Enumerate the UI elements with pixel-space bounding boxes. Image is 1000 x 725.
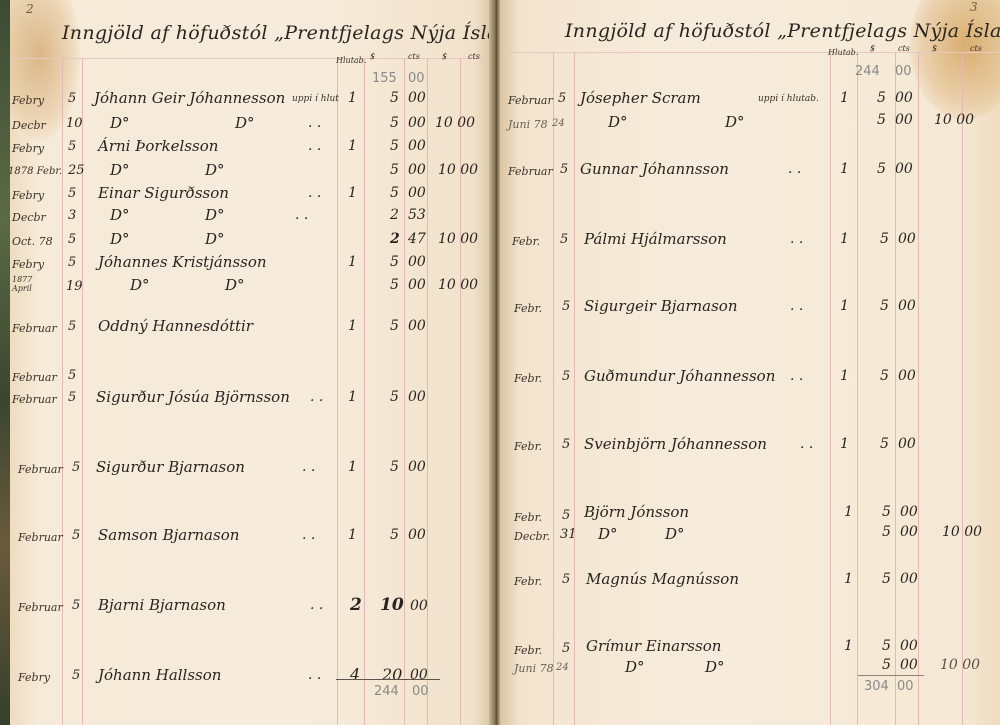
entry-month: Febry bbox=[12, 189, 44, 202]
entry-month: Febr. bbox=[514, 575, 542, 588]
page-total-dollars: 244 bbox=[374, 684, 399, 699]
column-rule bbox=[62, 58, 63, 725]
entry-day: 5 bbox=[68, 255, 76, 270]
entry-dollars: 5 bbox=[390, 459, 399, 475]
entry-dollars: 5 bbox=[882, 571, 891, 587]
carried-forward-cents: 00 bbox=[895, 64, 912, 79]
entry-dollars: 5 bbox=[877, 90, 886, 106]
entry-total: 10 00 bbox=[942, 524, 982, 540]
entry-note: . . bbox=[308, 138, 321, 154]
entry-month: Decbr. bbox=[514, 530, 550, 543]
entry-name: Jóhann Geir Jóhannesson bbox=[94, 89, 285, 107]
entry-total: 10 00 bbox=[438, 231, 478, 247]
entry-day: 5 bbox=[562, 508, 570, 523]
entry-name-ditto: D° bbox=[705, 658, 725, 676]
entry-month: Februar bbox=[12, 371, 57, 384]
entry-total: 10 00 bbox=[435, 115, 475, 131]
entry-name: D° bbox=[110, 206, 130, 224]
entry-cents: 00 bbox=[408, 459, 426, 475]
entry-name: Björn Jónsson bbox=[584, 503, 689, 521]
water-stain bbox=[910, 0, 1000, 120]
entry-day: 5 bbox=[68, 232, 76, 247]
entry-dollars: 5 bbox=[390, 318, 399, 334]
entry-dollars: 5 bbox=[390, 254, 399, 270]
entry-month: Febr. bbox=[514, 511, 542, 524]
sum-underline bbox=[336, 679, 440, 680]
entry-name: D° bbox=[110, 114, 130, 132]
entry-cents: 00 bbox=[898, 436, 916, 452]
column-rule bbox=[460, 58, 461, 725]
entry-dollars: 5 bbox=[390, 138, 399, 154]
entry-name-ditto: D° bbox=[205, 206, 225, 224]
entry-note: . . bbox=[302, 527, 315, 543]
entry-note: . . bbox=[308, 115, 321, 131]
column-header-dollars-total: $ bbox=[442, 52, 447, 61]
column-rule bbox=[574, 52, 575, 725]
entry-note: . . bbox=[790, 368, 803, 384]
entry-cents: 00 bbox=[900, 571, 918, 587]
entry-day: 5 bbox=[68, 186, 76, 201]
entry-shares: 1 bbox=[348, 254, 357, 270]
entry-day: 24 bbox=[556, 662, 569, 673]
column-header-dollars-total: $ bbox=[932, 44, 937, 53]
entry-day: 5 bbox=[68, 390, 76, 405]
entry-cents: 00 bbox=[408, 115, 426, 131]
entry-month: Februar bbox=[508, 165, 553, 178]
entry-dollars: 5 bbox=[390, 389, 399, 405]
entry-month: Juni 78 bbox=[508, 118, 548, 131]
entry-shares: 1 bbox=[840, 298, 849, 314]
entry-total: 10 00 bbox=[934, 112, 974, 128]
entry-month: Febr. bbox=[514, 372, 542, 385]
entry-cents: 00 bbox=[900, 524, 918, 540]
entry-dollars: 5 bbox=[390, 185, 399, 201]
entry-month: Juni 78 bbox=[514, 662, 554, 675]
entry-note: . . bbox=[790, 231, 803, 247]
entry-day: 5 bbox=[562, 437, 570, 452]
column-header-cents-total: cts bbox=[970, 44, 982, 53]
entry-shares: 1 bbox=[348, 90, 357, 106]
entry-month: Febry bbox=[18, 671, 50, 684]
entry-name: Sveinbjörn Jóhannesson bbox=[584, 435, 767, 453]
entry-cents: 00 bbox=[408, 90, 426, 106]
entry-shares: 1 bbox=[840, 90, 849, 106]
entry-month: Februar bbox=[18, 463, 63, 476]
entry-dollars: 5 bbox=[880, 231, 889, 247]
page-total-cents: 00 bbox=[412, 684, 429, 699]
entry-name: D° bbox=[110, 161, 130, 179]
entry-name: D° bbox=[598, 525, 618, 543]
entry-month: 1878 Febr. bbox=[10, 166, 62, 177]
entry-day: 5 bbox=[562, 572, 570, 587]
entry-day: 5 bbox=[68, 319, 76, 334]
entry-cents: 00 bbox=[895, 161, 913, 177]
entry-dollars: 10 bbox=[380, 595, 404, 615]
entry-name: Oddný Hannesdóttir bbox=[98, 317, 253, 335]
entry-month: Febr. bbox=[514, 644, 542, 657]
entry-day: 5 bbox=[558, 91, 566, 106]
entry-cents: 00 bbox=[898, 298, 916, 314]
entry-name-ditto: D° bbox=[235, 114, 255, 132]
entry-cents: 00 bbox=[900, 504, 918, 520]
entry-name: D° bbox=[110, 230, 130, 248]
sum-underline bbox=[858, 675, 924, 676]
entry-cents: 00 bbox=[898, 231, 916, 247]
entry-name: Magnús Magnússon bbox=[586, 570, 739, 588]
column-header-shares: Hlutab. bbox=[828, 48, 858, 57]
entry-day: 5 bbox=[562, 299, 570, 314]
entry-shares: 1 bbox=[844, 638, 853, 654]
entry-name: Samson Bjarnason bbox=[98, 526, 239, 544]
entry-note: uppi í hlut bbox=[292, 94, 339, 104]
column-header-cents-total: cts bbox=[468, 52, 480, 61]
entry-shares: 1 bbox=[840, 231, 849, 247]
entry-cents: 00 bbox=[900, 638, 918, 654]
entry-cents: 00 bbox=[895, 90, 913, 106]
entry-cents: 53 bbox=[408, 207, 426, 223]
entry-dollars: 5 bbox=[880, 368, 889, 384]
entry-dollars: 5 bbox=[390, 277, 399, 293]
page-total-cents: 00 bbox=[897, 679, 914, 694]
entry-day: 5 bbox=[72, 598, 80, 613]
entry-note: . . bbox=[310, 597, 323, 613]
entry-name: Jóhann Hallsson bbox=[98, 666, 221, 684]
entry-month: Febr. bbox=[514, 302, 542, 315]
entry-month: Februar bbox=[12, 393, 57, 406]
entry-month: Februar bbox=[508, 94, 553, 107]
entry-shares: 1 bbox=[348, 185, 357, 201]
entry-note: . . bbox=[295, 207, 308, 223]
entry-cents: 00 bbox=[410, 667, 428, 683]
entry-day: 5 bbox=[68, 368, 76, 383]
header-rule bbox=[500, 52, 1000, 53]
entry-shares: 4 bbox=[350, 665, 360, 684]
left-page: 2 Inngjöld af höfuðstól „Prentfjelags Ný… bbox=[10, 0, 492, 725]
entry-shares: 1 bbox=[840, 161, 849, 177]
entry-day: 5 bbox=[68, 139, 76, 154]
entry-dollars: 20 bbox=[382, 665, 402, 684]
entry-month: Decbr bbox=[12, 119, 46, 132]
entry-dollars: 5 bbox=[877, 161, 886, 177]
entry-name: Grímur Einarsson bbox=[586, 637, 721, 655]
entry-day: 5 bbox=[72, 460, 80, 475]
column-rule bbox=[82, 58, 83, 725]
carried-forward-cents: 00 bbox=[408, 71, 425, 86]
entry-shares: 1 bbox=[840, 436, 849, 452]
entry-month: Febr. bbox=[512, 235, 540, 248]
entry-dollars: 5 bbox=[882, 504, 891, 520]
entry-note: . . bbox=[310, 389, 323, 405]
entry-name: Sigurður Bjarnason bbox=[96, 458, 245, 476]
entry-note: . . bbox=[800, 436, 813, 452]
carried-forward-dollars: 244 bbox=[855, 64, 880, 79]
entry-note: . . bbox=[308, 185, 321, 201]
entry-cents: 00 bbox=[408, 162, 426, 178]
entry-cents: 00 bbox=[408, 389, 426, 405]
entry-month: Februar bbox=[18, 601, 63, 614]
column-rule bbox=[427, 58, 428, 725]
entry-note: . . bbox=[308, 667, 321, 683]
entry-month: Febry bbox=[12, 142, 44, 155]
entry-name: Guðmundur Jóhannesson bbox=[584, 367, 775, 385]
entry-month: Febry bbox=[12, 258, 44, 271]
entry-name-ditto: D° bbox=[665, 525, 685, 543]
entry-name: Bjarni Bjarnason bbox=[98, 596, 226, 614]
column-rule bbox=[553, 52, 554, 725]
entry-note: . . bbox=[788, 161, 801, 177]
entry-month: Febry bbox=[12, 94, 44, 107]
entry-name-ditto: D° bbox=[225, 276, 245, 294]
entry-note: uppi í hlutab. bbox=[758, 94, 819, 104]
entry-cents: 00 bbox=[408, 254, 426, 270]
entry-day: 10 bbox=[66, 116, 83, 131]
entry-day: 5 bbox=[562, 641, 570, 656]
entry-day: 19 bbox=[66, 279, 83, 294]
entry-name: Pálmi Hjálmarsson bbox=[584, 230, 727, 248]
entry-day: 25 bbox=[68, 163, 85, 178]
entry-dollars: 5 bbox=[882, 524, 891, 540]
entry-month: Oct. 78 bbox=[12, 235, 53, 248]
entry-name: Sigurgeir Bjarnason bbox=[584, 297, 738, 315]
entry-shares: 1 bbox=[348, 318, 357, 334]
entry-month: Febr. bbox=[514, 440, 542, 453]
entry-name: D° bbox=[625, 658, 645, 676]
entry-dollars: 2 bbox=[390, 207, 399, 223]
carried-forward-dollars: 155 bbox=[372, 71, 397, 86]
entry-cents: 00 bbox=[408, 277, 426, 293]
column-rule bbox=[857, 52, 858, 725]
entry-month: Februar bbox=[12, 322, 57, 335]
page-total-dollars: 304 bbox=[864, 679, 889, 694]
entry-cents: 00 bbox=[410, 598, 428, 614]
entry-total: 10 00 bbox=[438, 162, 478, 178]
entry-name: Einar Sigurðsson bbox=[98, 184, 229, 202]
entry-dollars: 5 bbox=[390, 90, 399, 106]
column-header-dollars: $ bbox=[870, 44, 875, 53]
entry-shares: 2 bbox=[350, 595, 362, 615]
entry-name: D° bbox=[608, 113, 628, 131]
entry-cents: 00 bbox=[900, 657, 918, 673]
entry-day: 5 bbox=[560, 232, 568, 247]
entry-dollars: 5 bbox=[882, 638, 891, 654]
entry-dollars: 5 bbox=[390, 527, 399, 543]
entry-name-ditto: D° bbox=[205, 230, 225, 248]
entry-cents: 00 bbox=[895, 112, 913, 128]
entry-dollars: 2 bbox=[390, 231, 400, 247]
entry-dollars: 5 bbox=[390, 162, 399, 178]
entry-day: 31 bbox=[560, 527, 577, 542]
column-rule bbox=[337, 58, 338, 725]
entry-cents: 00 bbox=[408, 527, 426, 543]
entry-day: 5 bbox=[560, 162, 568, 177]
page-title: Inngjöld af höfuðstól „Prentfjelags Nýja… bbox=[62, 22, 492, 44]
entry-cents: 00 bbox=[898, 368, 916, 384]
entry-cents: 00 bbox=[408, 185, 426, 201]
column-header-shares: Hlutab. bbox=[336, 56, 366, 65]
entry-day: 24 bbox=[552, 118, 565, 129]
entry-shares: 1 bbox=[348, 389, 357, 405]
page-title: Inngjöld af höfuðstól „Prentfjelags Nýja… bbox=[565, 20, 1000, 42]
entry-name: Árni Þorkelsson bbox=[98, 137, 218, 155]
entry-shares: 1 bbox=[844, 504, 853, 520]
column-rule bbox=[364, 58, 365, 725]
column-header-cents: cts bbox=[898, 44, 910, 53]
entry-name: Gunnar Jóhannsson bbox=[580, 160, 729, 178]
entry-note: . . bbox=[790, 298, 803, 314]
page-number: 3 bbox=[970, 0, 978, 14]
entry-dollars: 5 bbox=[882, 657, 891, 673]
entry-total: 10 00 bbox=[438, 277, 478, 293]
entry-dollars: 5 bbox=[877, 112, 886, 128]
entry-shares: 1 bbox=[348, 527, 357, 543]
column-header-dollars: $ bbox=[370, 52, 375, 61]
column-rule bbox=[895, 52, 896, 725]
entry-name: D° bbox=[130, 276, 150, 294]
page-number: 2 bbox=[26, 2, 34, 16]
entry-shares: 1 bbox=[348, 459, 357, 475]
column-header-cents: cts bbox=[408, 52, 420, 61]
entry-note: . . bbox=[302, 459, 315, 475]
column-rule bbox=[962, 52, 963, 725]
column-rule bbox=[404, 58, 405, 725]
entry-month: 1877 April bbox=[12, 275, 52, 293]
column-rule bbox=[918, 52, 919, 725]
entry-day: 5 bbox=[72, 528, 80, 543]
entry-day: 5 bbox=[72, 668, 80, 683]
entry-name-ditto: D° bbox=[205, 161, 225, 179]
right-page: 3 Inngjöld af höfuðstól „Prentfjelags Ný… bbox=[500, 0, 1000, 725]
entry-total: 10 00 bbox=[940, 657, 980, 673]
entry-month: Decbr bbox=[12, 211, 46, 224]
entry-shares: 1 bbox=[840, 368, 849, 384]
entry-cents: 00 bbox=[408, 138, 426, 154]
column-rule bbox=[830, 52, 831, 725]
entry-dollars: 5 bbox=[880, 298, 889, 314]
entry-shares: 1 bbox=[348, 138, 357, 154]
entry-day: 3 bbox=[68, 208, 76, 223]
entry-name: Sigurður Jósúa Björnsson bbox=[96, 388, 290, 406]
entry-month: Februar bbox=[18, 531, 63, 544]
entry-cents: 00 bbox=[408, 318, 426, 334]
entry-cents: 47 bbox=[408, 231, 426, 247]
entry-day: 5 bbox=[68, 91, 76, 106]
entry-name-ditto: D° bbox=[725, 113, 745, 131]
entry-day: 5 bbox=[562, 369, 570, 384]
entry-name: Jóhannes Kristjánsson bbox=[98, 253, 267, 271]
entry-shares: 1 bbox=[844, 571, 853, 587]
entry-dollars: 5 bbox=[880, 436, 889, 452]
entry-name: Jósepher Scram bbox=[580, 89, 701, 107]
entry-dollars: 5 bbox=[390, 115, 399, 131]
